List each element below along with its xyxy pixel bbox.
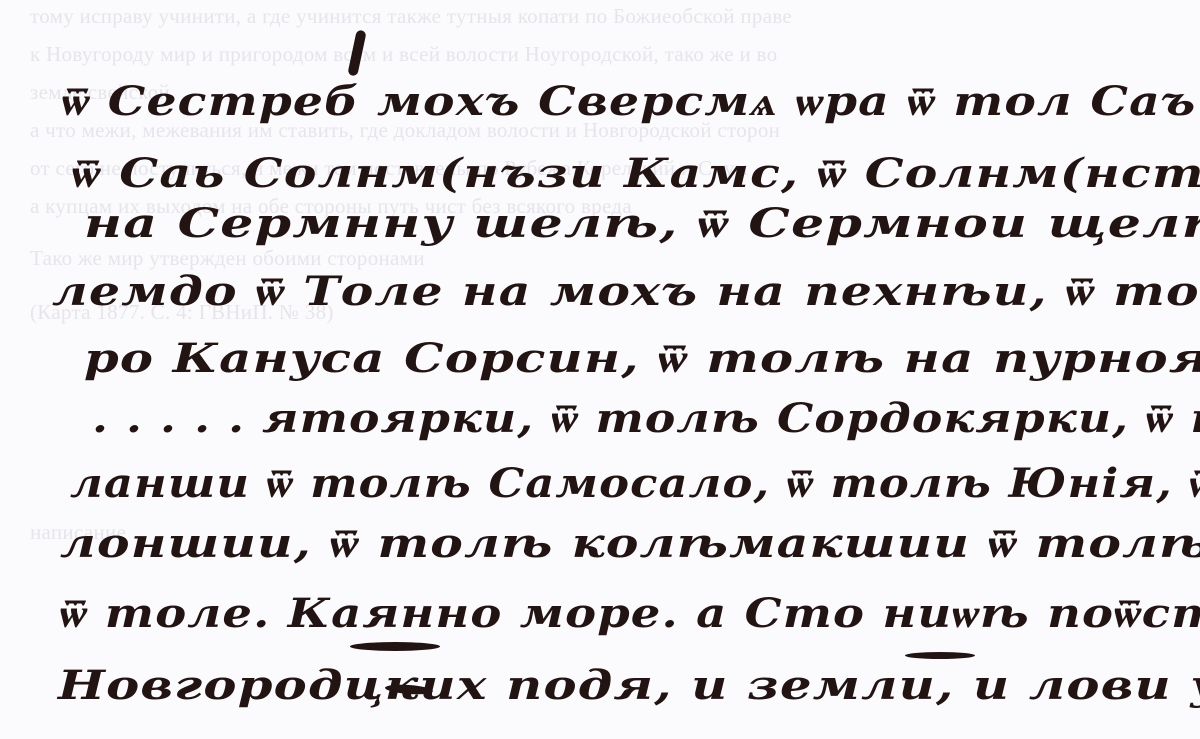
manuscript-line-7: ланши ѿ толѣ Самосало, ѿ толѣ Юнія, ѿ то…	[70, 460, 1200, 507]
manuscript-line-1: ѿ Сестреб мохъ Сверсмѧ ѡра ѿ тол Саъ ров…	[62, 78, 1200, 125]
manuscript-line-9: ѿ толе. Каянно море. а Сто ниѡѣ поѿстоуа	[60, 590, 1200, 637]
manuscript-line-5: ро Кануса Сорсин, ѿ толѣ на пурноярки ѿ …	[84, 335, 1200, 382]
handwritten-text-block: ѿ Сестреб мохъ Сверсмѧ ѡра ѿ тол Саъ ров…	[0, 0, 1200, 739]
ink-flourish	[347, 29, 366, 76]
manuscript-line-4: лемдо ѿ Толе на мохъ на пехнѣи, ѿ толѣ н…	[52, 268, 1200, 315]
manuscript-line-3: на Сермнну шелѣ, ѿ Сермнои щелѣ, на озер	[84, 200, 1200, 247]
ink-flourish	[350, 642, 440, 651]
manuscript-line-2: ѿ Саь Солнм(нъзи Камс, ѿ Солнм(нсто Каме…	[72, 150, 1200, 197]
ink-flourish	[905, 652, 975, 659]
manuscript-page: тому исправу учинити, а где учинится так…	[0, 0, 1200, 739]
manuscript-line-6: . . . . . ятоярки, ѿ толѣ Сордокярки, ѿ …	[92, 395, 1200, 442]
manuscript-line-8: лоншии, ѿ толѣ колѣмакшии ѿ толѣ палюѣии	[60, 520, 1200, 567]
manuscript-line-10: Новгородцких подя, и земли, и лови улозе…	[58, 662, 1200, 709]
